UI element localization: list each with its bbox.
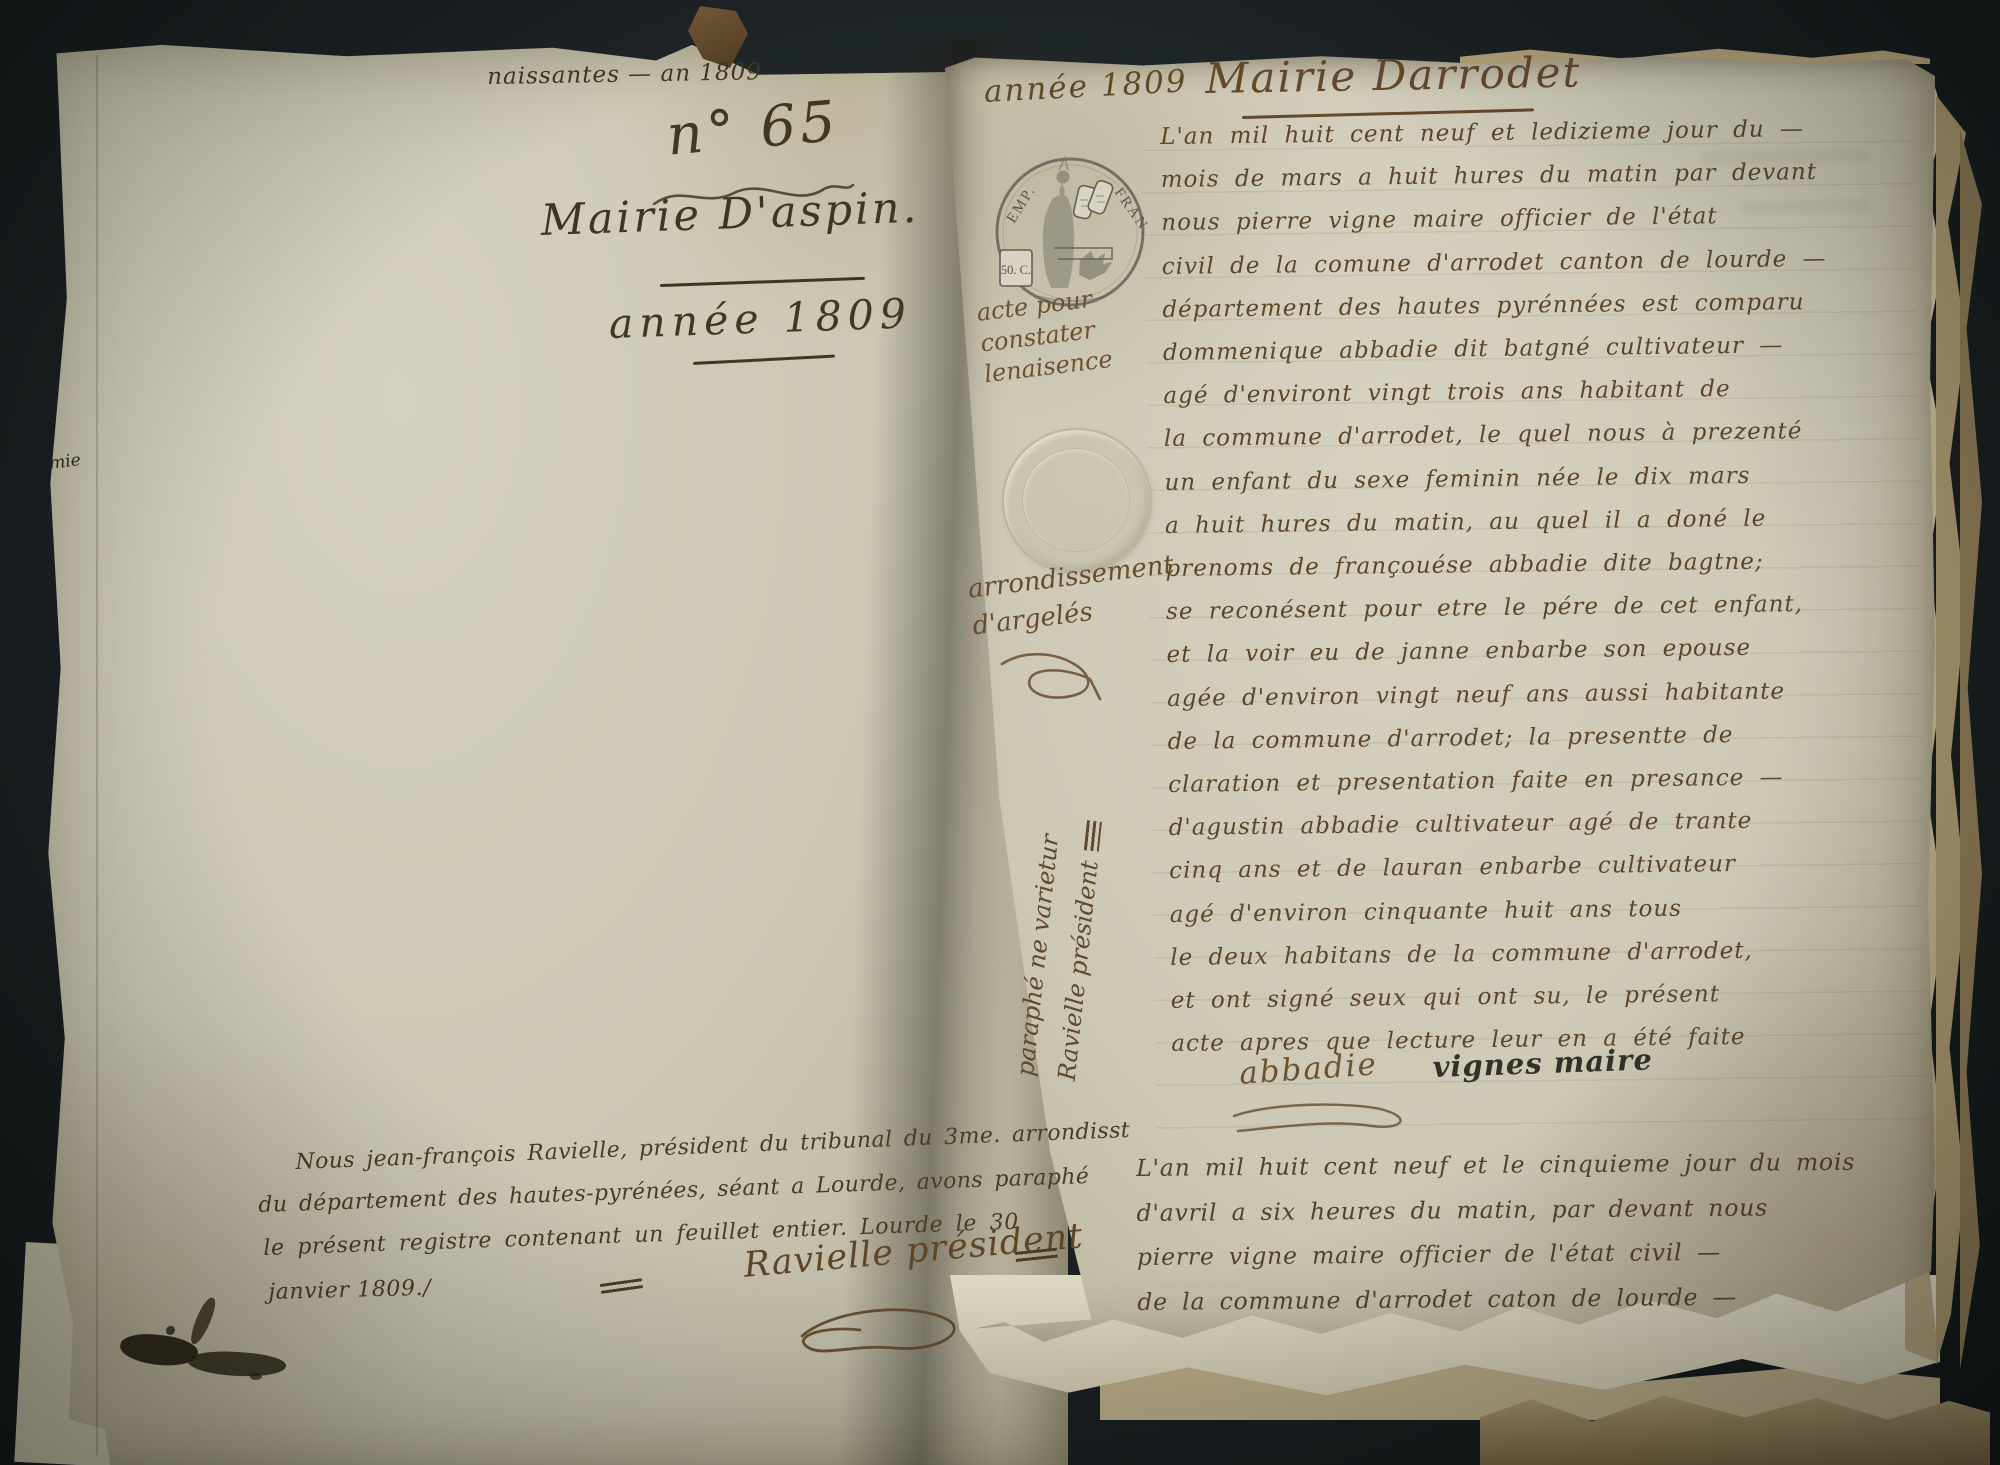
abbadie-signature-flourish — [1226, 1100, 1426, 1136]
paraphe-dash-mark — [1084, 820, 1102, 851]
birth-act-line: la commune d'arrodet, le quel nous à pre… — [1164, 410, 1829, 461]
register-scan: naissantes — an 1809 n° 65 Mairie D'aspi… — [0, 0, 2000, 1465]
arrondissement-flourish — [992, 648, 1112, 708]
left-page-fold-line — [96, 55, 98, 1455]
birth-act-line: et la voir eu de janne enbarbe son epous… — [1166, 626, 1831, 677]
left-margin-note: mie — [48, 450, 82, 474]
naissances-header-note: naissantes — an 1809 — [487, 59, 762, 90]
stamp-value: 50. C. — [1001, 263, 1031, 277]
page-edge-stack-3 — [1960, 130, 1982, 1370]
second-act-line: L'an mil huit cent neuf et le cinquieme … — [1136, 1140, 1855, 1191]
margin-note-acte: acte pour constater lenaisence — [975, 282, 1114, 390]
certification-line: janvier 1809./ — [268, 1276, 432, 1305]
right-page-title: Mairie Darrodet — [1205, 47, 1582, 103]
embossed-seal-inner-ring — [1022, 448, 1130, 552]
ravielle-signature-flourish — [790, 1302, 980, 1362]
second-act-text: L'an mil huit cent neuf et le cinquieme … — [1136, 1140, 1856, 1324]
birth-act-text: L'an mil huit cent neuf et ledizieme jou… — [1160, 108, 1836, 1067]
birth-act-line: le deux habitans de la commune d'arrodet… — [1170, 929, 1835, 980]
second-act-line: de la commune d'arrodet caton de lourde … — [1137, 1273, 1856, 1324]
second-act-line: pierre vigne maire officier de l'état ci… — [1137, 1229, 1856, 1280]
birth-act-line: cinq ans et de lauran enbarbe cultivateu… — [1169, 842, 1834, 893]
birth-act-line: mois de mars a huit hures du matin par d… — [1161, 151, 1826, 202]
second-act-line: d'avril a six heures du matin, par devan… — [1136, 1184, 1855, 1235]
